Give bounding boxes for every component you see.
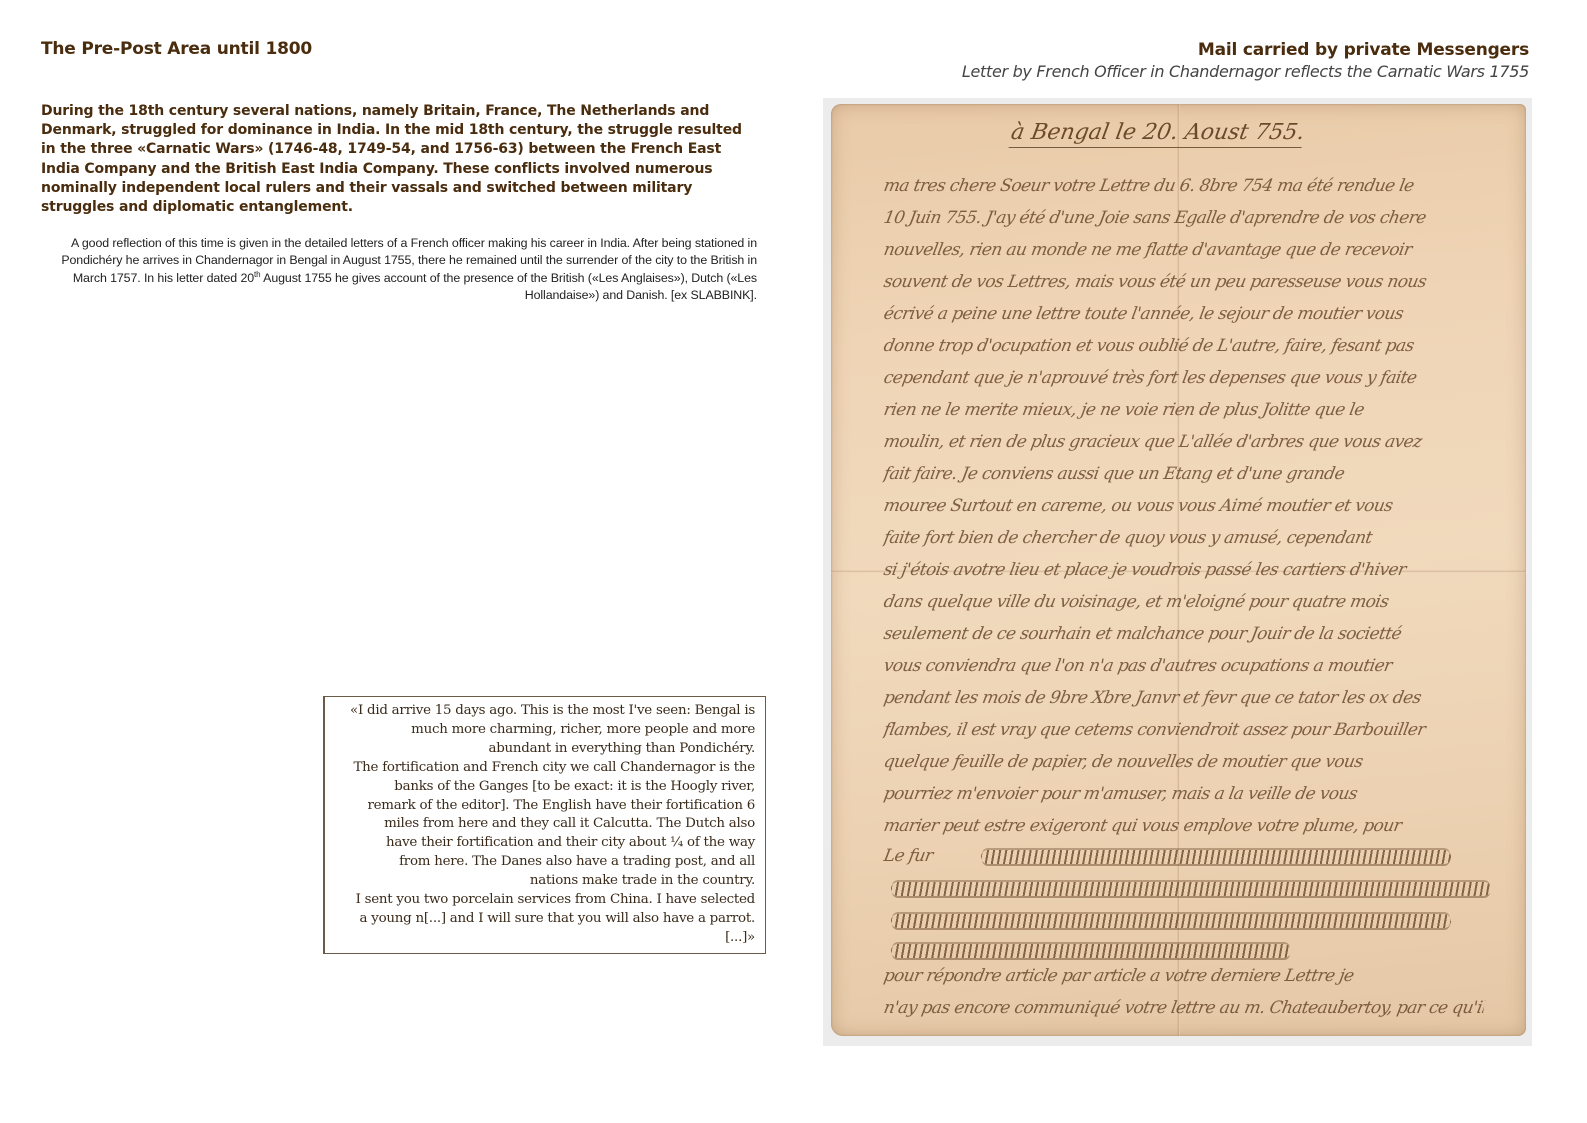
handwriting-line: pour répondre article par article a votr…	[880, 966, 1485, 996]
handwriting-line: pendant les mois de 9bre Xbre Janvr et f…	[880, 688, 1485, 718]
handwriting-line: si j'étois avotre lieu et place je voudr…	[880, 560, 1485, 590]
section-title: Mail carried by private Messengers	[962, 39, 1529, 61]
translation-quote-box: «I did arrive 15 days ago. This is the m…	[323, 696, 766, 954]
handwriting-line: ma tres chere Soeur votre Lettre du 6. 8…	[880, 176, 1485, 206]
quote-line: «I did arrive 15 days ago. This is the m…	[333, 702, 755, 721]
handwritten-letter: à Bengal le 20. Aoust 755. ma tres chere…	[831, 104, 1526, 1036]
crossed-out-line	[981, 850, 1451, 864]
quote-line: much more charming, richer, more people …	[333, 721, 755, 740]
handwriting-line: moulin, et rien de plus gracieux que L'a…	[880, 432, 1485, 462]
handwriting-line: flambes, il est vray que cetems conviend…	[880, 720, 1485, 750]
handwriting-line: vous conviendra que l'on n'a pas d'autre…	[880, 656, 1485, 686]
crossed-out-line	[891, 914, 1451, 928]
handwriting-line: Le fur	[880, 846, 965, 876]
quote-line: have their fortification and their city …	[333, 834, 755, 853]
quote-line: banks of the Ganges [to be exact: it is …	[333, 778, 755, 797]
quote-line: abundant in everything than Pondichéry.	[333, 740, 755, 759]
handwriting-line: faite fort bien de chercher de quoy vous…	[880, 528, 1485, 558]
handwriting-line: marier peut estre exigeront qui vous emp…	[880, 816, 1485, 846]
handwriting-line: fait faire. Je conviens aussi que un Eta…	[880, 464, 1485, 494]
section-header: Mail carried by private Messengers Lette…	[962, 39, 1529, 83]
quote-line: remark of the editor]. The English have …	[333, 797, 755, 816]
letter-photograph: à Bengal le 20. Aoust 755. ma tres chere…	[823, 98, 1532, 1046]
quote-line: The fortification and French city we cal…	[333, 759, 755, 778]
letter-dateline: à Bengal le 20. Aoust 755.	[1009, 120, 1307, 148]
section-subtitle: Letter by French Officer in Chandernagor…	[962, 61, 1529, 83]
handwriting-line: 10 Juin 755. J'ay été d'une Joie sans Eg…	[880, 208, 1485, 238]
handwriting-line: dans quelque ville du voisinage, et m'el…	[880, 592, 1485, 622]
quote-line: I sent you two porcelain services from C…	[333, 891, 755, 910]
handwriting-line: n'ay pas encore communiqué votre lettre …	[880, 998, 1485, 1028]
detail-paragraph: A good reflection of this time is given …	[45, 235, 757, 305]
handwriting-line: pourriez m'envoier pour m'amuser, mais a…	[880, 784, 1485, 814]
handwriting-line: souvent de vos Lettres, mais vous été un…	[880, 272, 1485, 302]
crossed-out-line	[891, 882, 1491, 896]
handwriting-line: mouree Surtout en careme, ou vous vous A…	[880, 496, 1485, 526]
handwriting-line: écrivé a peine une lettre toute l'année,…	[880, 304, 1485, 334]
handwriting-line: donne trop d'ocupation et vous oublié de…	[880, 336, 1485, 366]
handwriting-line: cependant que je n'aprouvé très fort les…	[880, 368, 1485, 398]
handwriting-line: quelque feuille de papier, de nouvelles …	[880, 752, 1485, 782]
intro-paragraph: During the 18th century several nations,…	[41, 102, 761, 217]
detail-text-2: August 1755 he gives account of the pres…	[261, 271, 757, 302]
quote-line: a young n[...] and I will sure that you …	[333, 910, 755, 929]
handwriting-line: seulement de ce sourhain et malchance po…	[880, 624, 1485, 654]
quote-line: from here. The Danes also have a trading…	[333, 853, 755, 872]
quote-line: miles from here and they call it Calcutt…	[333, 815, 755, 834]
crossed-out-line	[891, 944, 1291, 958]
quote-line: nations make trade in the country.	[333, 872, 755, 891]
handwriting-line: rien ne le merite mieux, je ne voie rien…	[880, 400, 1485, 430]
quote-line: [...]»	[333, 929, 755, 948]
handwriting-line: nouvelles, rien au monde ne me flatte d'…	[880, 240, 1485, 270]
page-title: The Pre-Post Area until 1800	[41, 39, 312, 59]
